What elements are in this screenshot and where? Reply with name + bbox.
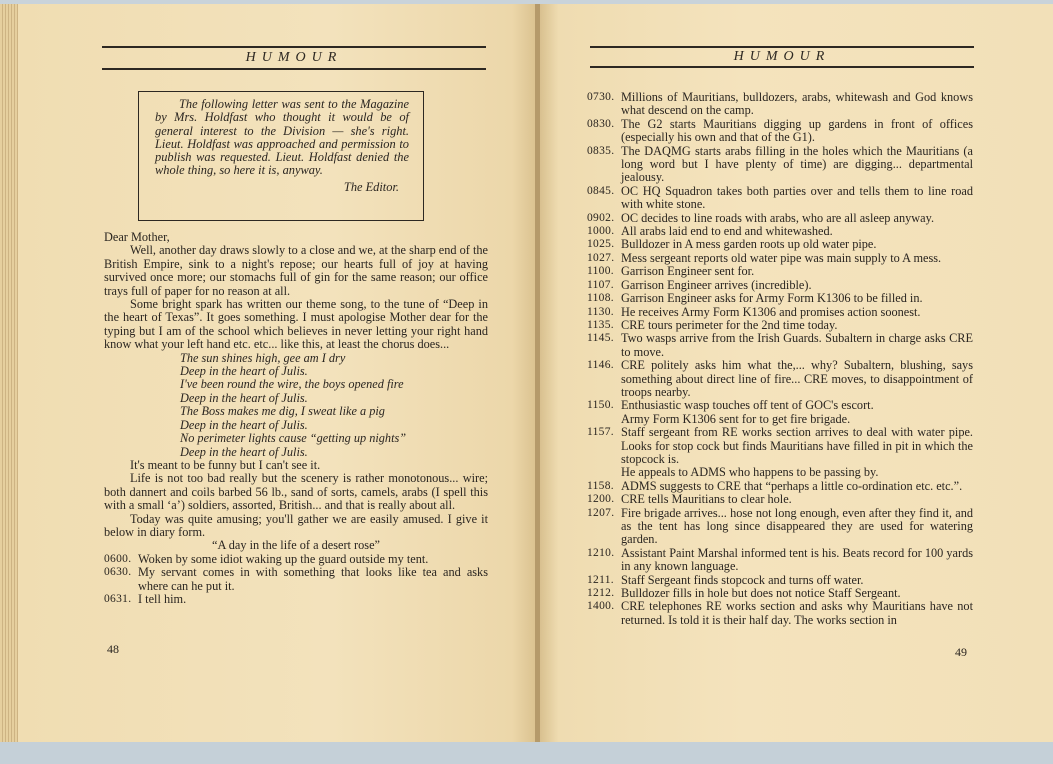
diary-entry: 1025.Bulldozer in A mess garden roots up… [587,238,973,251]
song-line: I've been round the wire, the boys opene… [180,378,488,391]
diary-text: Enthusiastic wasp touches off tent of GO… [621,399,973,412]
song-chorus: The sun shines high, gee am I dry Deep i… [180,352,488,459]
diary-entry: 1207.Fire brigade arrives... hose not lo… [587,507,973,547]
song-line: The Boss makes me dig, I sweat like a pi… [180,405,488,418]
paragraph: Today was quite amusing; you'll gather w… [104,513,488,540]
song-line: The sun shines high, gee am I dry [180,352,488,365]
header-rule-top [102,46,486,48]
diary-text: CRE tours perimeter for the 2nd time tod… [621,319,973,332]
diary-time: 1200. [587,493,621,506]
diary-text: Staff Sergeant finds stopcock and turns … [621,574,973,587]
diary-entry: 1158.ADMS suggests to CRE that “perhaps … [587,480,973,493]
diary-text: Fire brigade arrives... hose not long en… [621,507,973,547]
diary-text: Millions of Mauritians, bulldozers, arab… [621,91,973,118]
diary-text: My servant comes in with something that … [138,566,488,593]
diary-entry: 1130.He receives Army Form K1306 and pro… [587,306,973,319]
diary-entry: 0835.The DAQMG starts arabs filling in t… [587,145,973,185]
diary-time: 1146. [587,359,621,399]
song-line: Deep in the heart of Julis. [180,392,488,405]
song-line: No perimeter lights cause “getting up ni… [180,432,488,445]
diary-time: 1025. [587,238,621,251]
diary-time: 1157. [587,426,621,466]
diary-text: Garrison Engineer arrives (incredible). [621,279,973,292]
diary-time: 1108. [587,292,621,305]
letter-body: Dear Mother, Well, another day draws slo… [104,231,488,606]
diary-text: The DAQMG starts arabs filling in the ho… [621,145,973,185]
diary-entry: 1000.All arabs laid end to end and white… [587,225,973,238]
song-line: Deep in the heart of Julis. [180,419,488,432]
editor-note-box: The following letter was sent to the Mag… [138,91,424,221]
diary-entry: 1157.Staff sergeant from RE works sectio… [587,426,973,466]
editor-note-text: The following letter was sent to the Mag… [155,98,409,178]
diary-time: 0600. [104,553,138,566]
diary-entry: 1027.Mess sergeant reports old water pip… [587,252,973,265]
book-gutter [535,4,540,742]
diary-time: 0630. [104,566,138,593]
diary-time: 0631. [104,593,138,606]
diary-time: 1207. [587,507,621,547]
diary-entry: 1107.Garrison Engineer arrives (incredib… [587,279,973,292]
diary-text: Bulldozer fills in hole but does not not… [621,587,973,600]
diary-title: “A day in the life of a desert rose” [104,539,488,552]
diary-time: 0830. [587,118,621,145]
diary-entry: 0630. My servant comes in with something… [104,566,488,593]
diary-text: I tell him. [138,593,488,606]
diary-text: ADMS suggests to CRE that “perhaps a lit… [621,480,973,493]
diary-text: CRE telephones RE works section and asks… [621,600,973,627]
diary-entry: 0730.Millions of Mauritians, bulldozers,… [587,91,973,118]
diary-text: The G2 starts Mauritians digging up gard… [621,118,973,145]
paragraph: Well, another day draws slowly to a clos… [104,244,488,298]
diary-text: Staff sergeant from RE works section arr… [621,426,973,466]
diary-time: 1145. [587,332,621,359]
diary-text: Garrison Engineer asks for Army Form K13… [621,292,973,305]
diary-time: 1211. [587,574,621,587]
diary-entry: 1400.CRE telephones RE works section and… [587,600,973,627]
song-line: Deep in the heart of Julis. [180,365,488,378]
diary-time: 1212. [587,587,621,600]
diary-entry-continuation: 0000.He appeals to ADMS who happens to b… [587,466,973,479]
diary-time: 0845. [587,185,621,212]
diary-time: 0902. [587,212,621,225]
running-head: HUMOUR [590,49,974,65]
header-rule-top [590,46,974,48]
paragraph: It's meant to be funny but I can't see i… [104,459,488,472]
page-number-left: 48 [107,642,119,657]
diary-entry: 1211.Staff Sergeant finds stopcock and t… [587,574,973,587]
paragraph: Life is not too bad really but the scene… [104,472,488,512]
diary-text: Garrison Engineer sent for. [621,265,973,278]
header-rule-bottom [590,66,974,68]
diary-entry: 0600. Woken by some idiot waking up the … [104,553,488,566]
diary-time: 1107. [587,279,621,292]
diary-time: 1130. [587,306,621,319]
header-rule-bottom [102,68,486,70]
diary-text: Woken by some idiot waking up the guard … [138,553,488,566]
diary-text: Assistant Paint Marshal informed tent is… [621,547,973,574]
diary-entry: 1146.CRE politely asks him what the,... … [587,359,973,399]
running-head: HUMOUR [102,50,486,66]
diary-time: 1158. [587,480,621,493]
diary-entry-continuation: 0000.Army Form K1306 sent for to get fir… [587,413,973,426]
scan-background [0,742,1053,764]
page-edges [0,4,18,742]
diary-text: All arabs laid end to end and whitewashe… [621,225,973,238]
diary-time: 0835. [587,145,621,185]
diary-time: 1400. [587,600,621,627]
diary-entry: 0845.OC HQ Squadron takes both parties o… [587,185,973,212]
diary-entry: 1150.Enthusiastic wasp touches off tent … [587,399,973,412]
diary-continued: 0730.Millions of Mauritians, bulldozers,… [587,91,973,627]
diary-entry: 1135.CRE tours perimeter for the 2nd tim… [587,319,973,332]
diary-time: 1135. [587,319,621,332]
diary-entry: 0830.The G2 starts Mauritians digging up… [587,118,973,145]
diary-text: Mess sergeant reports old water pipe was… [621,252,973,265]
diary-text: Bulldozer in A mess garden roots up old … [621,238,973,251]
salutation: Dear Mother, [104,231,488,244]
diary-text: CRE tells Mauritians to clear hole. [621,493,973,506]
page-number-right: 49 [955,645,967,660]
diary-text: He receives Army Form K1306 and promises… [621,306,973,319]
diary-text: Army Form K1306 sent for to get fire bri… [621,413,973,426]
diary-entry: 1212.Bulldozer fills in hole but does no… [587,587,973,600]
diary-text: OC decides to line roads with arabs, who… [621,212,973,225]
diary-time: 1100. [587,265,621,278]
diary-time: 1150. [587,399,621,412]
diary-time: 1210. [587,547,621,574]
diary-entry: 1200.CRE tells Mauritians to clear hole. [587,493,973,506]
diary-text: He appeals to ADMS who happens to be pas… [621,466,973,479]
diary-time: 1027. [587,252,621,265]
diary-entry: 1100.Garrison Engineer sent for. [587,265,973,278]
diary-entry: 0902.OC decides to line roads with arabs… [587,212,973,225]
diary-entry: 1108.Garrison Engineer asks for Army For… [587,292,973,305]
song-line: Deep in the heart of Julis. [180,446,488,459]
paragraph: Some bright spark has written our theme … [104,298,488,352]
diary-text: CRE politely asks him what the,... why? … [621,359,973,399]
diary-entry: 1210.Assistant Paint Marshal informed te… [587,547,973,574]
diary-time: 0730. [587,91,621,118]
diary-text: Two wasps arrive from the Irish Guards. … [621,332,973,359]
diary-entry: 1145.Two wasps arrive from the Irish Gua… [587,332,973,359]
diary-time: 1000. [587,225,621,238]
editor-signature: The Editor. [155,181,399,194]
diary-text: OC HQ Squadron takes both parties over a… [621,185,973,212]
diary-entry: 0631. I tell him. [104,593,488,606]
